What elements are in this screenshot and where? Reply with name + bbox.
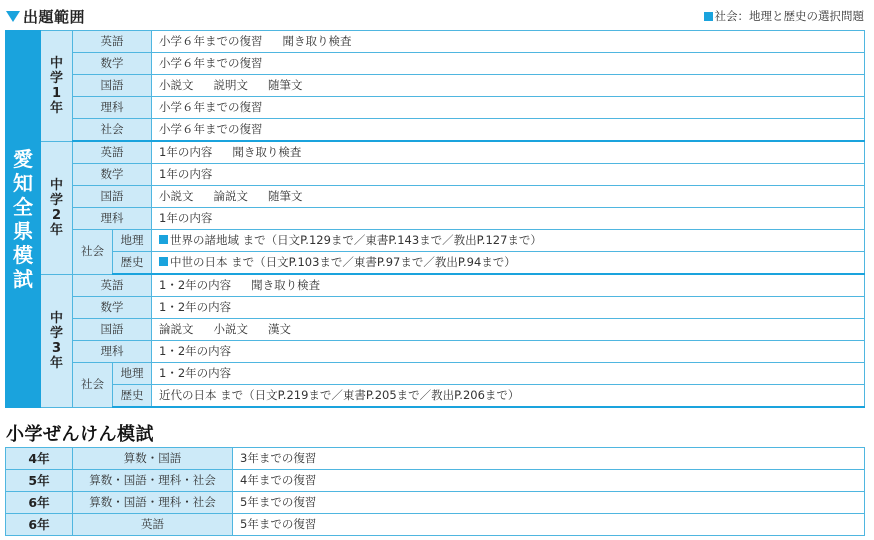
table-row: 6年 算数・国語・理科・社会 5年までの復習 bbox=[6, 492, 865, 514]
elementary-table: 4年 算数・国語 3年までの復習 5年 算数・国語・理科・社会 4年までの復習 … bbox=[5, 447, 865, 536]
subject-cell: 数学 bbox=[73, 164, 152, 186]
subject-cell-social: 社会 bbox=[73, 230, 113, 275]
table-row: 理科 小学６年までの復習 bbox=[6, 97, 865, 119]
content-cell: 論説文小説文漢文 bbox=[152, 319, 865, 341]
table-row: 社会 小学６年までの復習 bbox=[6, 119, 865, 142]
grade-label-3: 中学3年 bbox=[41, 274, 73, 407]
subsubject-history: 歴史 bbox=[113, 385, 152, 408]
table-row: 歴史 近代の日本 まで（日文P.219まで／東書P.205まで／教出P.206ま… bbox=[6, 385, 865, 408]
subject-cell: 理科 bbox=[73, 341, 152, 363]
subject-cell: 国語 bbox=[73, 186, 152, 208]
subjects-cell: 英語 bbox=[73, 514, 233, 536]
content-cell: 1年の内容 bbox=[152, 164, 865, 186]
table-row: 社会 地理 1・2年の内容 bbox=[6, 363, 865, 385]
content-cell: 3年までの復習 bbox=[233, 448, 865, 470]
subject-cell: 国語 bbox=[73, 75, 152, 97]
subsubject-geography: 地理 bbox=[113, 363, 152, 385]
content-cell: 1年の内容 bbox=[152, 208, 865, 230]
content-cell: 中世の日本 まで（日文P.103まで／東書P.97まで／教出P.94まで） bbox=[152, 252, 865, 275]
social-note: 社会：地理と歴史の選択問題 bbox=[704, 8, 865, 24]
table-row: 中学3年 英語 1・2年の内容聞き取り検査 bbox=[6, 274, 865, 297]
content-cell: 5年までの復習 bbox=[233, 492, 865, 514]
subjects-cell: 算数・国語・理科・社会 bbox=[73, 470, 233, 492]
social-note-text: 社会：地理と歴史の選択問題 bbox=[715, 8, 865, 24]
section-title: 出題範囲 bbox=[23, 6, 85, 27]
content-cell: 4年までの復習 bbox=[233, 470, 865, 492]
table-row: 社会 地理 世界の諸地域 まで（日文P.129まで／東書P.143まで／教出P.… bbox=[6, 230, 865, 252]
subject-cell: 数学 bbox=[73, 53, 152, 75]
subject-cell: 理科 bbox=[73, 208, 152, 230]
content-cell: 1・2年の内容聞き取り検査 bbox=[152, 274, 865, 297]
table-row: 理科 1年の内容 bbox=[6, 208, 865, 230]
grade-cell: 4年 bbox=[6, 448, 73, 470]
content-cell: 1・2年の内容 bbox=[152, 297, 865, 319]
table-row: 国語 小説文説明文随筆文 bbox=[6, 75, 865, 97]
content-cell: 小説文論説文随筆文 bbox=[152, 186, 865, 208]
content-cell: 1・2年の内容 bbox=[152, 363, 865, 385]
table-row: 中学2年 英語 1年の内容聞き取り検査 bbox=[6, 141, 865, 164]
content-cell: 世界の諸地域 まで（日文P.129まで／東書P.143まで／教出P.127まで） bbox=[152, 230, 865, 252]
triangle-down-icon bbox=[6, 11, 20, 22]
grade-label-1: 中学1年 bbox=[41, 31, 73, 142]
grade-cell: 6年 bbox=[6, 514, 73, 536]
section-header: 出題範囲 bbox=[6, 6, 85, 26]
subject-cell: 英語 bbox=[73, 31, 152, 53]
subject-cell: 理科 bbox=[73, 97, 152, 119]
subjects-cell: 算数・国語・理科・社会 bbox=[73, 492, 233, 514]
table-row: 国語 論説文小説文漢文 bbox=[6, 319, 865, 341]
table-row: 数学 1年の内容 bbox=[6, 164, 865, 186]
content-cell: 小説文説明文随筆文 bbox=[152, 75, 865, 97]
content-cell: 小学６年までの復習 bbox=[152, 119, 865, 142]
content-cell: 1年の内容聞き取り検査 bbox=[152, 141, 865, 164]
table-row: 数学 1・2年の内容 bbox=[6, 297, 865, 319]
table-row: 数学 小学６年までの復習 bbox=[6, 53, 865, 75]
subjects-cell: 算数・国語 bbox=[73, 448, 233, 470]
subject-cell: 数学 bbox=[73, 297, 152, 319]
table-row: 理科 1・2年の内容 bbox=[6, 341, 865, 363]
content-cell: 小学６年までの復習 bbox=[152, 53, 865, 75]
subject-cell: 英語 bbox=[73, 141, 152, 164]
square-bullet-icon bbox=[159, 257, 168, 266]
elementary-section-title: 小学ぜんけん模試 bbox=[6, 420, 154, 446]
table-row: 4年 算数・国語 3年までの復習 bbox=[6, 448, 865, 470]
subject-cell-social: 社会 bbox=[73, 363, 113, 408]
table-row: 国語 小説文論説文随筆文 bbox=[6, 186, 865, 208]
table-row: 愛知全県模試 中学1年 英語 小学６年までの復習聞き取り検査 bbox=[6, 31, 865, 53]
table-row: 6年 英語 5年までの復習 bbox=[6, 514, 865, 536]
content-cell: 小学６年までの復習聞き取り検査 bbox=[152, 31, 865, 53]
grade-cell: 5年 bbox=[6, 470, 73, 492]
subsubject-geography: 地理 bbox=[113, 230, 152, 252]
grade-label-2: 中学2年 bbox=[41, 141, 73, 274]
subsubject-history: 歴史 bbox=[113, 252, 152, 275]
table-row: 歴史 中世の日本 まで（日文P.103まで／東書P.97まで／教出P.94まで） bbox=[6, 252, 865, 275]
subject-cell: 国語 bbox=[73, 319, 152, 341]
subject-cell: 英語 bbox=[73, 274, 152, 297]
square-bullet-icon bbox=[159, 235, 168, 244]
content-cell: 近代の日本 まで（日文P.219まで／東書P.205まで／教出P.206まで） bbox=[152, 385, 865, 408]
content-cell: 5年までの復習 bbox=[233, 514, 865, 536]
table-row: 5年 算数・国語・理科・社会 4年までの復習 bbox=[6, 470, 865, 492]
content-cell: 1・2年の内容 bbox=[152, 341, 865, 363]
content-cell: 小学６年までの復習 bbox=[152, 97, 865, 119]
exam-scope-table: 愛知全県模試 中学1年 英語 小学６年までの復習聞き取り検査 数学 小学６年まで… bbox=[5, 30, 865, 408]
subject-cell: 社会 bbox=[73, 119, 152, 142]
square-bullet-icon bbox=[704, 12, 713, 21]
grade-cell: 6年 bbox=[6, 492, 73, 514]
brand-label: 愛知全県模試 bbox=[6, 31, 41, 408]
